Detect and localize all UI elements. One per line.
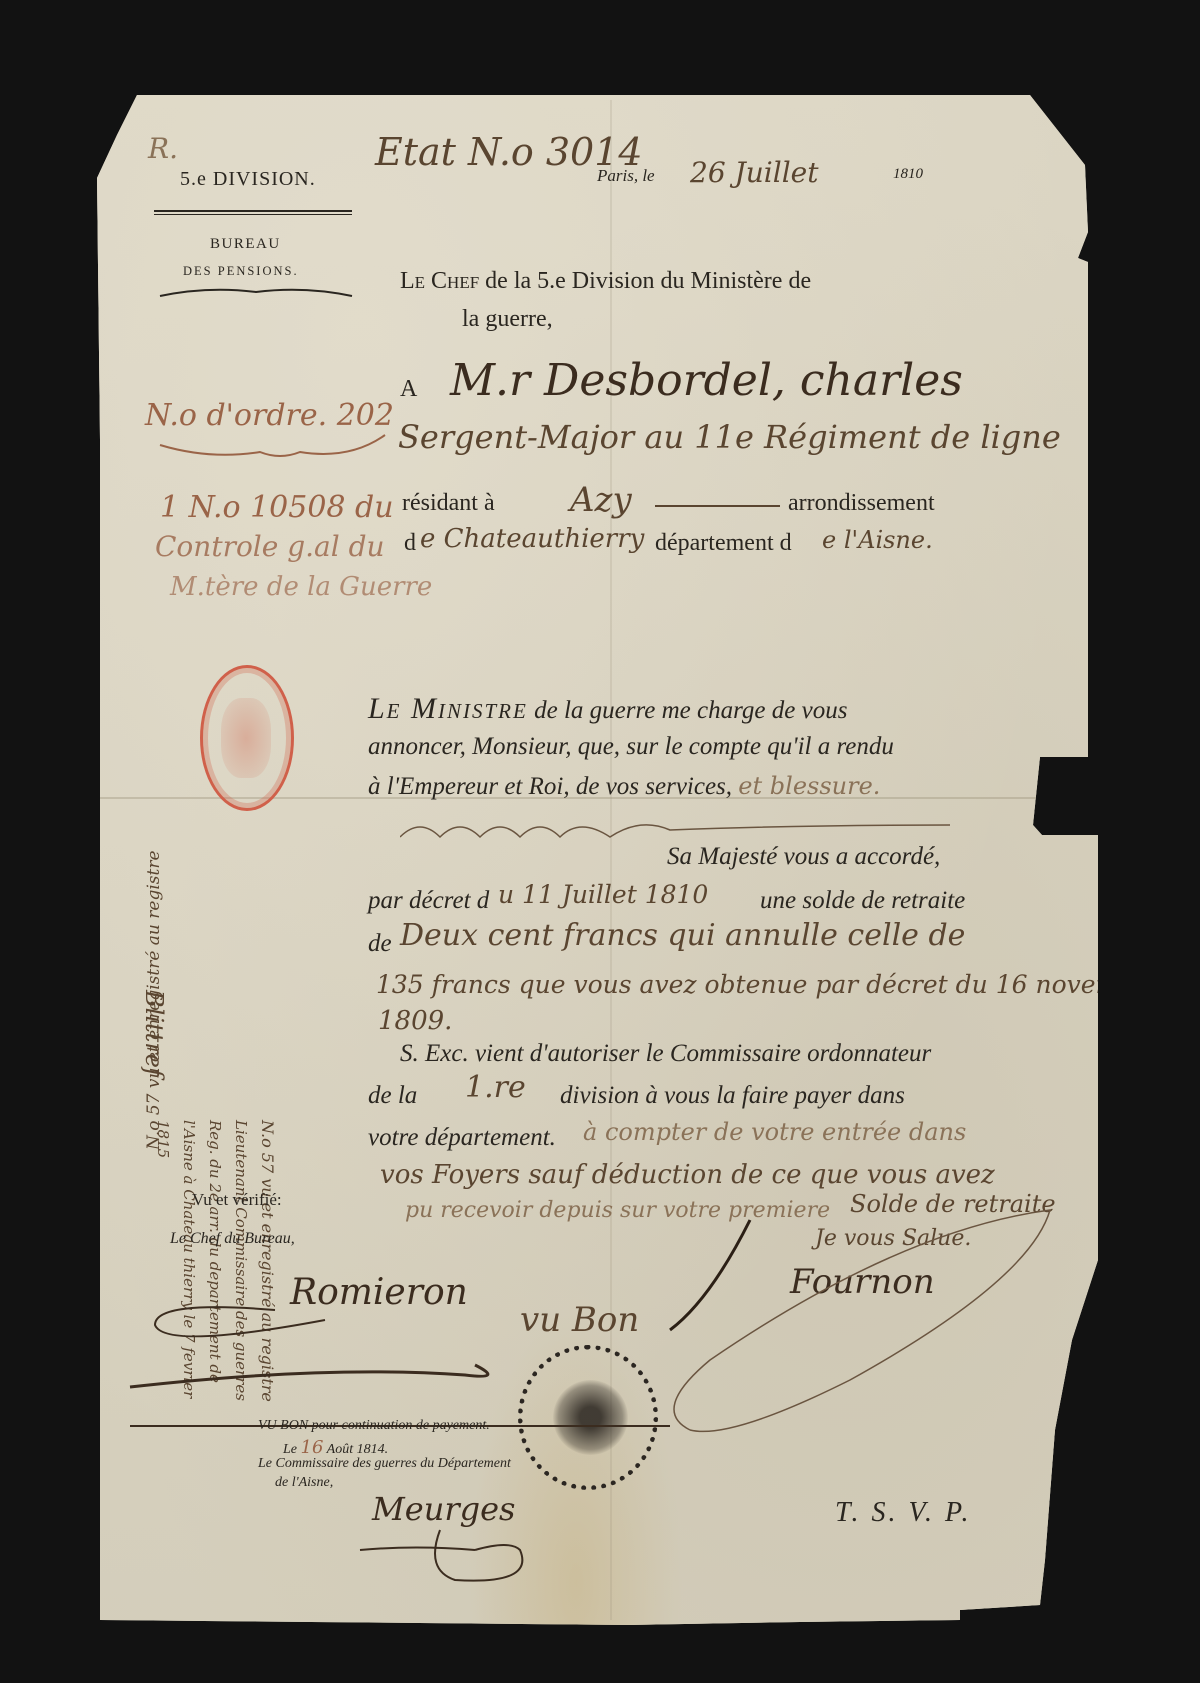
residing-label: résidant à — [402, 490, 495, 517]
residing-place: Azy — [570, 480, 632, 520]
document-paper: R. 5.e DIVISION. BUREAU DES PENSIONS. Et… — [0, 0, 1200, 1683]
arrondissement-prefix: d — [404, 530, 416, 557]
body-line-1: Le Ministre de la guerre me charge de vo… — [368, 692, 847, 726]
decret-date: u 11 Juillet 1810 — [498, 880, 708, 909]
date-year: 1810 — [893, 166, 923, 183]
body-line-3-hand: et blessure. — [738, 772, 880, 800]
vu-verifie-label: Vu et vérifié: — [192, 1190, 282, 1210]
controle-line-1: 1 N.o 10508 du — [160, 490, 394, 525]
controle-line-3: M.tère de la Guerre — [170, 572, 432, 602]
majeste-line: Sa Majesté vous a accordé, — [667, 843, 940, 871]
division-suffix: division à vous la faire payer dans — [560, 1082, 905, 1110]
date-handwritten: 26 Juillet — [690, 156, 818, 189]
body-line-3-printed: à l'Empereur et Roi, de vos services, — [368, 773, 732, 800]
to-prefix: A — [400, 376, 417, 403]
division-number: 1.re — [465, 1070, 526, 1105]
wave-flourish-icon — [400, 815, 960, 845]
double-rule-bottom — [154, 214, 352, 215]
body-line-3: à l'Empereur et Roi, de vos services, et… — [368, 772, 880, 801]
minister-signature-flourish-icon — [650, 1200, 1070, 1450]
tsvp-mark: T. S. V. P. — [835, 1497, 971, 1529]
place-prefix: Paris, le — [597, 166, 655, 186]
addressee-rank: Sergent-Major au 11e Régiment de ligne — [398, 418, 1061, 456]
double-rule-top — [154, 210, 352, 212]
continuation-le: Le — [283, 1442, 297, 1457]
bureau-heading: BUREAU — [210, 236, 281, 253]
chef-label: Le Chef — [400, 268, 479, 294]
division-ministere: de la 5.e Division du Ministère de — [485, 268, 811, 294]
departement-printed: votre département. — [368, 1124, 556, 1152]
pensions-heading: DES PENSIONS. — [183, 264, 299, 279]
arrondissement-value: e Chateauthierry — [420, 524, 644, 554]
decret-prefix: par décret d — [368, 887, 489, 915]
red-ordonnateur-stamp-icon — [200, 665, 294, 811]
from-line-2: la guerre, — [462, 306, 553, 333]
departement-value: e l'Aisne. — [822, 526, 933, 554]
continuation-line-2: Le 16 Août 1814. — [283, 1437, 388, 1458]
departement-hand: à compter de votre entrée dans — [583, 1118, 966, 1146]
body-line-2: annoncer, Monsieur, que, sur le compte q… — [368, 733, 894, 761]
chef-signature-flourish-icon — [125, 1280, 525, 1400]
decret-suffix: une solde de retraite — [760, 887, 965, 915]
vertical-note-signature: Blittref — [140, 990, 168, 1077]
header-flourish-icon — [158, 284, 354, 300]
arrondissement-label: arrondissement — [788, 490, 935, 517]
division-heading: 5.e DIVISION. — [180, 168, 316, 191]
continuation-date: Août 1814. — [327, 1442, 388, 1457]
addressee-name: M.r Desbordel, charles — [450, 355, 963, 406]
solde-line-3: 1809. — [378, 1006, 452, 1036]
body-line-1-rest: de la guerre me charge de vous — [534, 697, 847, 724]
solde-amount: Deux cent francs qui annulle celle de — [400, 918, 965, 953]
division-prefix: de la — [368, 1082, 417, 1110]
departement-label: département d — [655, 530, 792, 557]
corner-mark: R. — [148, 132, 178, 165]
commissaire-flourish-icon — [355, 1520, 575, 1590]
residing-blank-line — [655, 505, 780, 507]
ministre-label: Le Ministre — [368, 692, 528, 725]
vu-bon-annotation: vu Bon — [520, 1300, 639, 1340]
continuation-line-3: Le Commissaire des guerres du Départemen… — [258, 1456, 511, 1472]
solde-line-2: 135 francs que vous avez obtenue par déc… — [376, 970, 1162, 999]
exc-line: S. Exc. vient d'autoriser le Commissaire… — [400, 1040, 931, 1068]
continuation-line-4: de l'Aisne, — [275, 1475, 333, 1491]
continuation-line-1: VU BON pour continuation de payement. — [258, 1418, 490, 1434]
ordre-flourish-icon — [150, 430, 390, 460]
black-seal-stamp-icon — [518, 1345, 658, 1490]
from-line-1: Le Chef de la 5.e Division du Ministère … — [400, 268, 811, 295]
ordre-number: N.o d'ordre. 202 — [145, 398, 394, 433]
solde-prefix: de — [368, 930, 392, 958]
continuation-day: 16 — [301, 1437, 324, 1458]
controle-line-2: Controle g.al du — [155, 530, 385, 563]
chef-bureau-label: Le Chef du Bureau, — [170, 1230, 295, 1248]
hand-line-2: vos Foyers sauf déduction de ce que vous… — [380, 1160, 995, 1190]
